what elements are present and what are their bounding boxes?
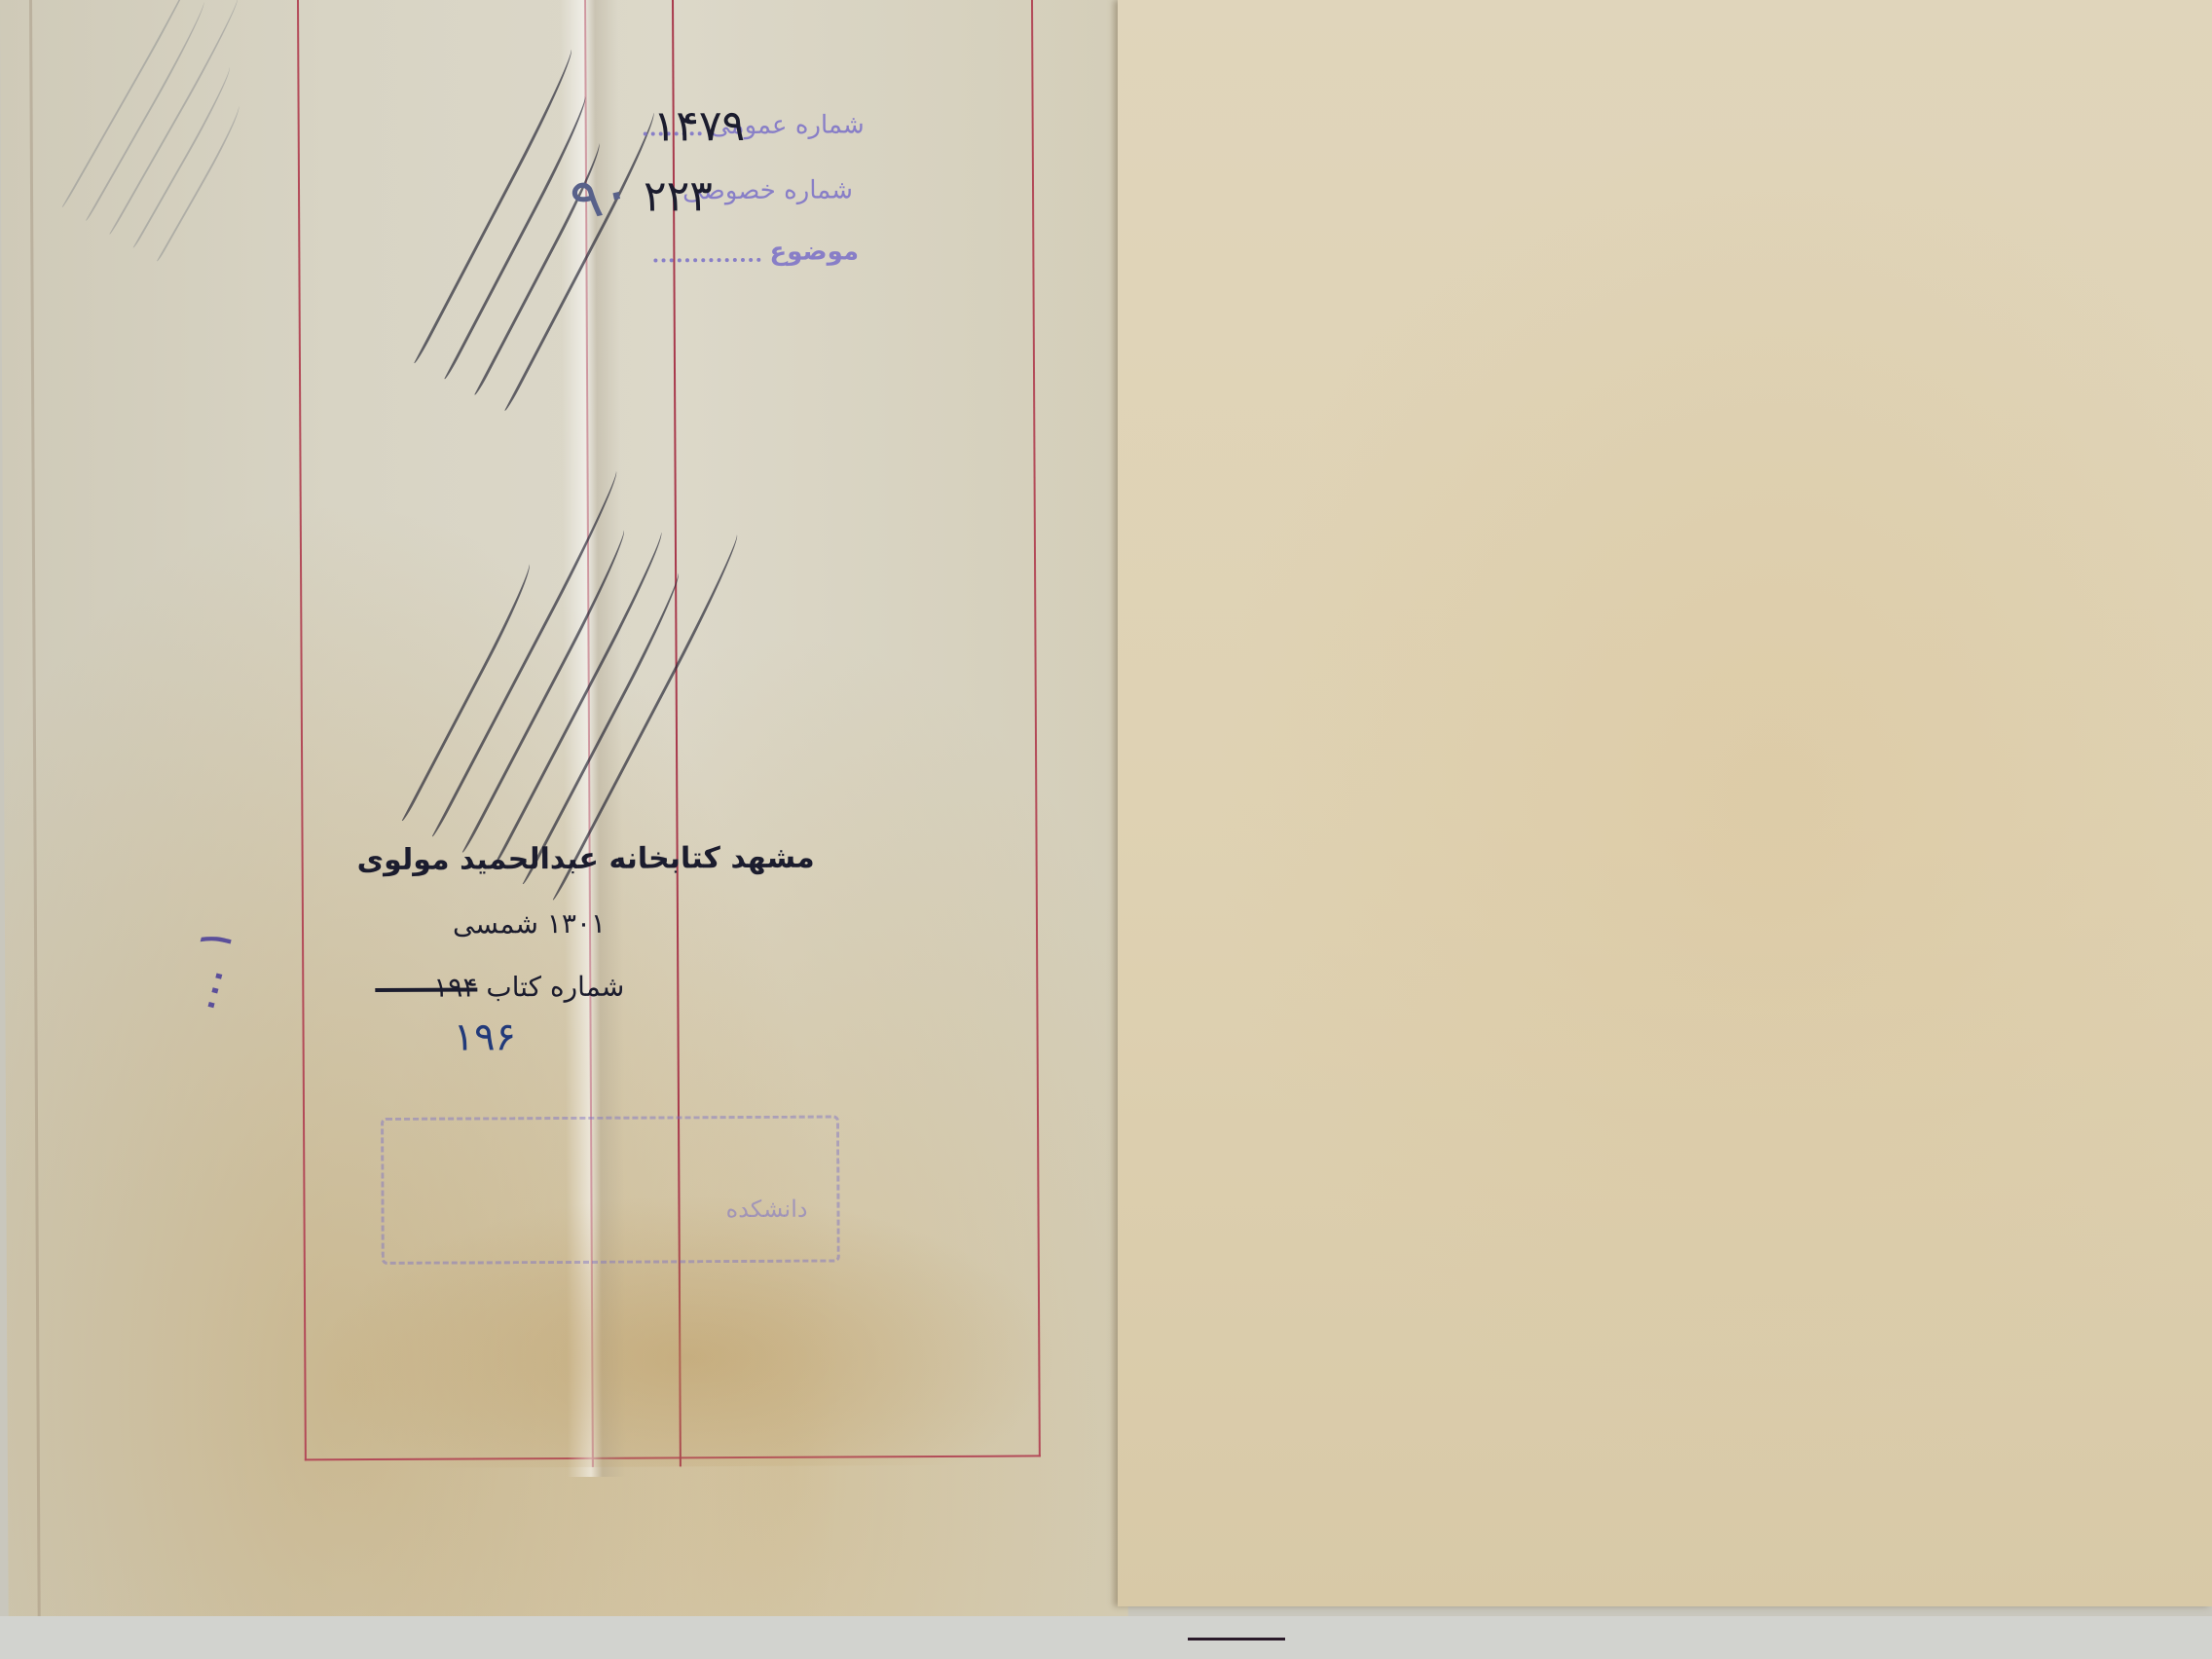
subject-label: موضوع bbox=[769, 237, 859, 266]
faint-stamp-text: دانشکده bbox=[726, 1196, 808, 1223]
left-page: شماره عمومی ۱۴۷۹ شماره خصوصی ۲۲۳ ۹۰ موضو… bbox=[0, 0, 1128, 1636]
manuscript-photo: شماره عمومی ۱۴۷۹ شماره خصوصی ۲۲۳ ۹۰ موضو… bbox=[0, 0, 2212, 1659]
margin-note: ۱ ... bbox=[170, 920, 244, 1015]
dotted-line bbox=[653, 243, 760, 262]
library-stamp-year: ۱۳۰۱ bbox=[547, 907, 606, 940]
general-number-value: ۱۴۷۹ bbox=[653, 101, 746, 151]
library-stamp-year-row: ۱۳۰۱ شمسی bbox=[453, 907, 606, 940]
pencil-notes bbox=[40, 0, 313, 268]
private-number-value: ۲۲۳ bbox=[644, 171, 713, 221]
library-stamp-title: مشهد کتابخانه عبدالحمید مولوی bbox=[357, 841, 815, 877]
book-number-corrected: ۱۹۶ bbox=[453, 1014, 516, 1059]
book-number-row: شماره کتاب ۱۹۴ bbox=[433, 971, 624, 1004]
right-blank-page bbox=[1118, 0, 2212, 1606]
subject-row: موضوع bbox=[653, 237, 859, 267]
library-stamp-year-suffix: شمسی bbox=[453, 907, 538, 940]
book-number-label: شماره کتاب bbox=[486, 971, 624, 1004]
book-number-struck-text: ۱۹۴ bbox=[433, 971, 477, 1003]
table-surface bbox=[0, 1616, 2212, 1659]
faint-purple-stamp: دانشکده bbox=[381, 1116, 840, 1265]
binding-edge bbox=[1188, 1638, 1285, 1641]
book-number-struck: ۱۹۴ bbox=[433, 971, 477, 1003]
left-page-edge bbox=[29, 0, 41, 1636]
